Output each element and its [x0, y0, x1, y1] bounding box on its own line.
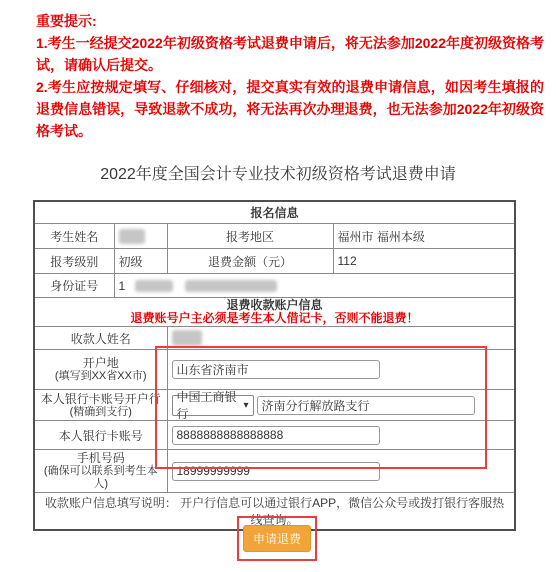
page-title: 2022年度全国会计专业技术初级资格考试退费申请: [0, 161, 556, 184]
candidate-name-label: 考生姓名: [34, 224, 114, 249]
bank-branch-input[interactable]: [257, 396, 475, 415]
exam-area-label: 报考地区: [167, 224, 333, 249]
redacted-payee-name: [172, 330, 202, 346]
button-highlight-frame: 申请退费: [237, 516, 317, 561]
payee-name-value: [167, 327, 515, 350]
refund-account-section-warning: 退费账号户主必须是考生本人借记卡，否则不能退费！: [35, 312, 514, 325]
bank-branch-sublabel: (精确到支行): [39, 406, 163, 419]
bank-location-label-cell: 开户地 (填写到XX省XX市): [34, 350, 167, 390]
bank-branch-cell: 中国工商银行 ▾: [167, 390, 515, 421]
table-row: 本人银行卡账号: [34, 421, 515, 450]
notice-heading: 重要提示:: [36, 10, 544, 32]
candidate-name-value: [114, 224, 167, 249]
table-row: 开户地 (填写到XX省XX市): [34, 350, 515, 390]
phone-label: 手机号码: [39, 451, 163, 465]
registration-section-row: 报名信息: [34, 201, 515, 224]
chevron-down-icon: ▾: [243, 400, 248, 411]
phone-sublabel: (确保可以联系到考生本人): [39, 465, 163, 491]
apply-refund-button[interactable]: 申请退费: [243, 525, 311, 552]
id-number-value: 1: [114, 274, 515, 298]
notice-item-2: 2.考生应按规定填写、仔细核对，提交真实有效的退费申请信息，如因考生填报的退费信…: [36, 76, 544, 142]
bank-branch-label-cell: 本人银行卡账号开户行 (精确到支行): [34, 390, 167, 421]
payee-name-label: 收款人姓名: [34, 327, 167, 350]
table-row: 报考级别 初级 退费金额（元） 112: [34, 249, 515, 274]
phone-cell: [167, 450, 515, 493]
phone-input[interactable]: [172, 462, 380, 481]
bank-select[interactable]: 中国工商银行 ▾: [172, 395, 254, 416]
redacted-id-part-2: [185, 280, 277, 292]
bank-branch-label: 本人银行卡账号开户行: [39, 392, 163, 406]
refund-account-section-cell: 退费收款账户信息 退费账号户主必须是考生本人借记卡，否则不能退费！: [34, 298, 515, 327]
bank-select-value: 中国工商银行: [177, 390, 244, 421]
notice-item-1: 1.考生一经提交2022年初级资格考试退费申请后，将无法参加2022年度初级资格…: [36, 32, 544, 76]
exam-level-value: 初级: [114, 249, 167, 274]
table-row: 本人银行卡账号开户行 (精确到支行) 中国工商银行 ▾: [34, 390, 515, 421]
redacted-id-part-1: [135, 280, 173, 292]
phone-label-cell: 手机号码 (确保可以联系到考生本人): [34, 450, 167, 493]
table-row: 手机号码 (确保可以联系到考生本人): [34, 450, 515, 493]
refund-application-page: 重要提示: 1.考生一经提交2022年初级资格考试退费申请后，将无法参加2022…: [0, 0, 556, 572]
table-row: 身份证号 1: [34, 274, 515, 298]
id-number-label: 身份证号: [34, 274, 114, 298]
refund-form-table: 报名信息 考生姓名 报考地区 福州市 福州本级 报考级别 初级 退费金额（元） …: [33, 200, 516, 531]
id-number-visible-digit: 1: [119, 279, 126, 293]
table-row: 考生姓名 报考地区 福州市 福州本级: [34, 224, 515, 249]
bank-location-sublabel: (填写到XX省XX市): [39, 370, 163, 383]
card-number-cell: [167, 421, 515, 450]
registration-section-title: 报名信息: [34, 201, 515, 224]
bank-location-label: 开户地: [39, 356, 163, 370]
card-number-label: 本人银行卡账号: [34, 421, 167, 450]
table-row: 收款人姓名: [34, 327, 515, 350]
redacted-candidate-name: [119, 229, 145, 244]
refund-amount-label: 退费金额（元）: [167, 249, 333, 274]
bank-location-input[interactable]: [172, 360, 380, 379]
exam-level-label: 报考级别: [34, 249, 114, 274]
card-number-input[interactable]: [172, 426, 380, 445]
exam-area-value: 福州市 福州本级: [333, 224, 515, 249]
bank-location-cell: [167, 350, 515, 390]
refund-amount-value: 112: [333, 249, 515, 274]
refund-account-section-row: 退费收款账户信息 退费账号户主必须是考生本人借记卡，否则不能退费！: [34, 298, 515, 327]
important-notice: 重要提示: 1.考生一经提交2022年初级资格考试退费申请后，将无法参加2022…: [36, 10, 544, 142]
